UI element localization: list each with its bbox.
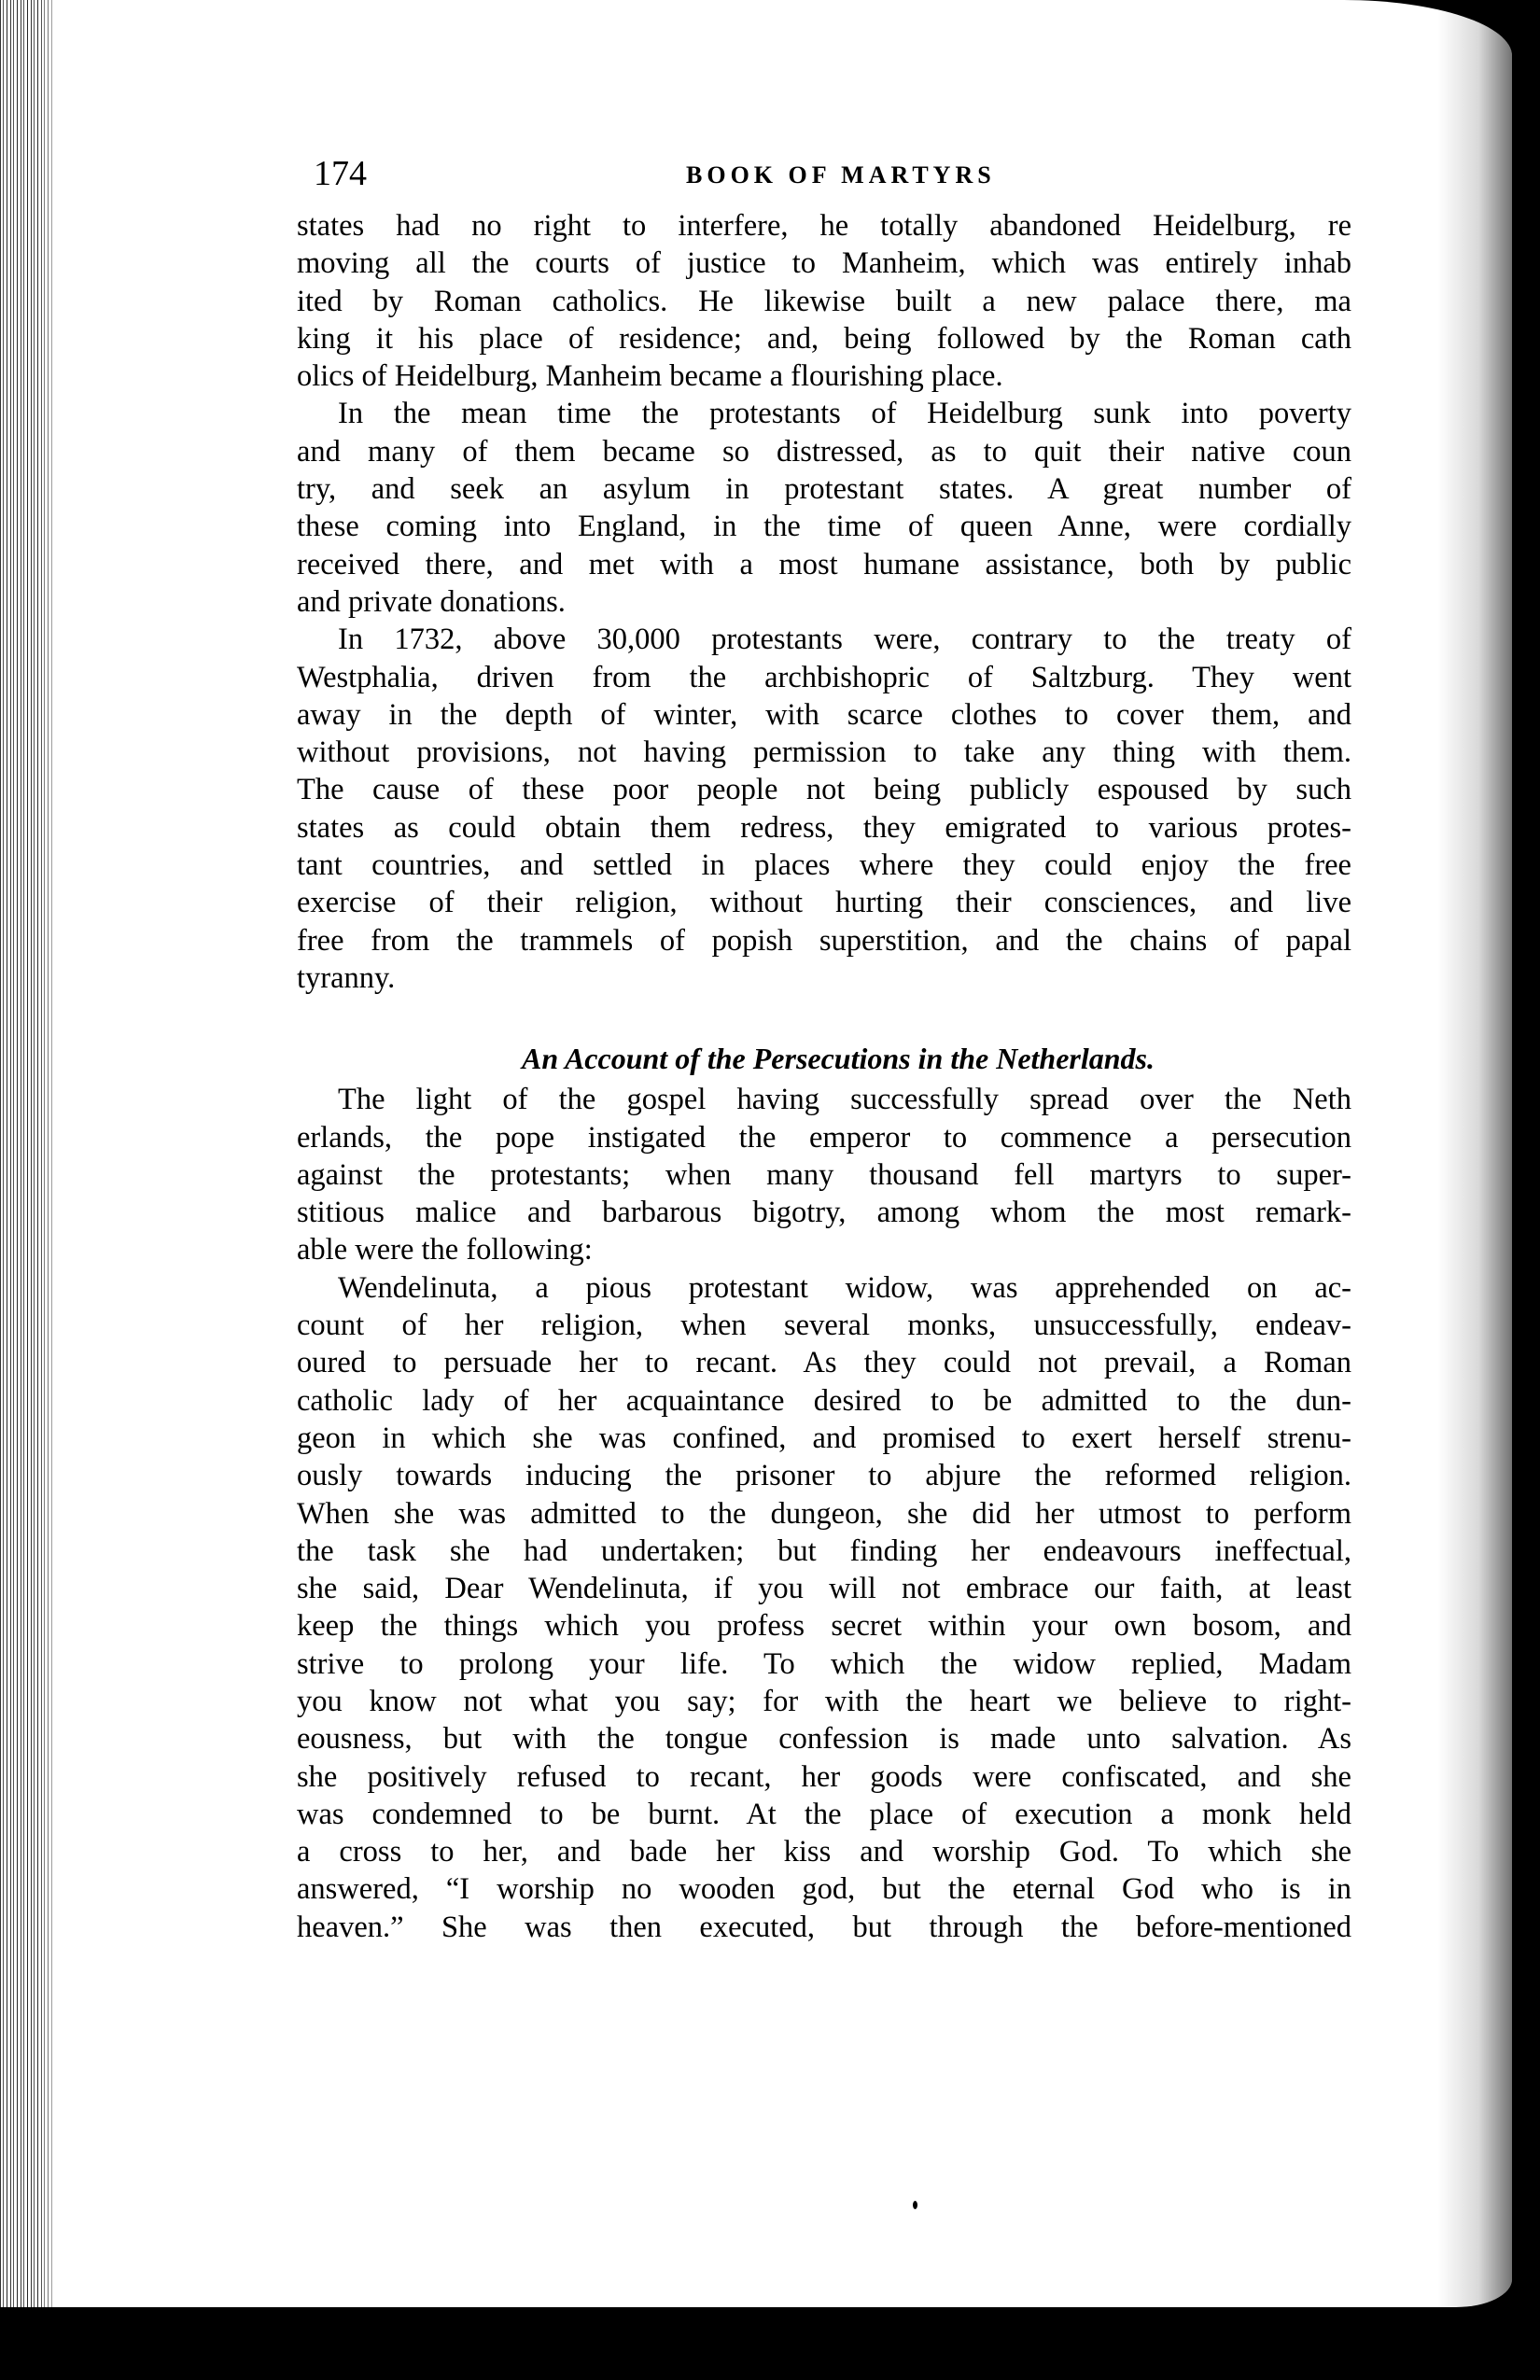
page-edge-shadow — [1437, 0, 1512, 2307]
text-line: without provisions, not having permissio… — [297, 734, 1351, 771]
print-speck — [913, 2201, 917, 2209]
text-line: states as could obtain them redress, the… — [297, 809, 1351, 847]
text-line: the task she had undertaken; but finding… — [297, 1533, 1351, 1570]
text-line: The light of the gospel having successfu… — [297, 1081, 1351, 1118]
text-line: states had no right to interfere, he tot… — [297, 207, 1351, 245]
text-line: olics of Heidelburg, Manheim became a fl… — [297, 357, 1351, 395]
text-line: strive to prolong your life. To which th… — [297, 1645, 1351, 1683]
paragraph: In the mean time the protestants of Heid… — [297, 395, 1351, 621]
paragraph: states had no right to interfere, he tot… — [297, 207, 1351, 395]
text-line: erlands, the pope instigated the emperor… — [297, 1119, 1351, 1156]
text-line: try, and seek an asylum in protestant st… — [297, 470, 1351, 508]
section-heading: An Account of the Persecutions in the Ne… — [297, 1040, 1351, 1077]
text-line: king it his place of residence; and, bei… — [297, 320, 1351, 357]
text-line: was condemned to be burnt. At the place … — [297, 1796, 1351, 1833]
text-line: count of her religion, when several monk… — [297, 1307, 1351, 1344]
text-line: able were the following: — [297, 1231, 1351, 1268]
gutter-fade — [37, 0, 65, 2307]
body-text: states had no right to interfere, he tot… — [297, 207, 1351, 1946]
page-number: 174 — [314, 153, 367, 194]
text-line: you know not what you say; for with the … — [297, 1683, 1351, 1720]
text-line: exercise of their religion, without hurt… — [297, 884, 1351, 921]
page-header: 174 BOOK OF MARTYRS — [297, 153, 1351, 194]
text-line: geon in which she was confined, and prom… — [297, 1420, 1351, 1457]
text-line: oured to persuade her to recant. As they… — [297, 1344, 1351, 1381]
text-line: tant countries, and settled in places wh… — [297, 847, 1351, 884]
text-line: a cross to her, and bade her kiss and wo… — [297, 1833, 1351, 1870]
text-line: Westphalia, driven from the archbishopri… — [297, 659, 1351, 696]
text-line: ited by Roman catholics. He likewise bui… — [297, 283, 1351, 320]
text-line: she positively refused to recant, her go… — [297, 1758, 1351, 1796]
text-line: stitious malice and barbarous bigotry, a… — [297, 1194, 1351, 1231]
text-line: catholic lady of her acquaintance desire… — [297, 1382, 1351, 1420]
text-line: Wendelinuta, a pious protestant widow, w… — [297, 1269, 1351, 1307]
text-line: When she was admitted to the dungeon, sh… — [297, 1495, 1351, 1533]
text-line: answered, “I worship no wooden god, but … — [297, 1870, 1351, 1908]
text-line: received there, and met with a most huma… — [297, 546, 1351, 583]
text-line: away in the depth of winter, with scarce… — [297, 696, 1351, 734]
text-line: The cause of these poor people not being… — [297, 771, 1351, 808]
text-line: tyranny. — [297, 959, 1351, 997]
text-line: ously towards inducing the prisoner to a… — [297, 1457, 1351, 1494]
text-line: against the protestants; when many thous… — [297, 1156, 1351, 1194]
paragraph: Wendelinuta, a pious protestant widow, w… — [297, 1269, 1351, 1946]
text-line: she said, Dear Wendelinuta, if you will … — [297, 1570, 1351, 1607]
text-line: In 1732, above 30,000 protestants were, … — [297, 621, 1351, 658]
text-line: heaven.” She was then executed, but thro… — [297, 1909, 1351, 1946]
paragraph: The light of the gospel having successfu… — [297, 1081, 1351, 1268]
text-line: and private donations. — [297, 583, 1351, 621]
text-line: free from the trammels of popish superst… — [297, 922, 1351, 959]
text-line: and many of them became so distressed, a… — [297, 433, 1351, 470]
book-page: 174 BOOK OF MARTYRS states had no right … — [0, 0, 1512, 2307]
running-title: BOOK OF MARTYRS — [686, 159, 996, 192]
paragraph: In 1732, above 30,000 protestants were, … — [297, 621, 1351, 997]
text-line: keep the things which you profess secret… — [297, 1607, 1351, 1645]
text-line: In the mean time the protestants of Heid… — [297, 395, 1351, 432]
text-line: eousness, but with the tongue confession… — [297, 1720, 1351, 1757]
text-line: moving all the courts of justice to Manh… — [297, 245, 1351, 282]
text-line: these coming into England, in the time o… — [297, 508, 1351, 545]
